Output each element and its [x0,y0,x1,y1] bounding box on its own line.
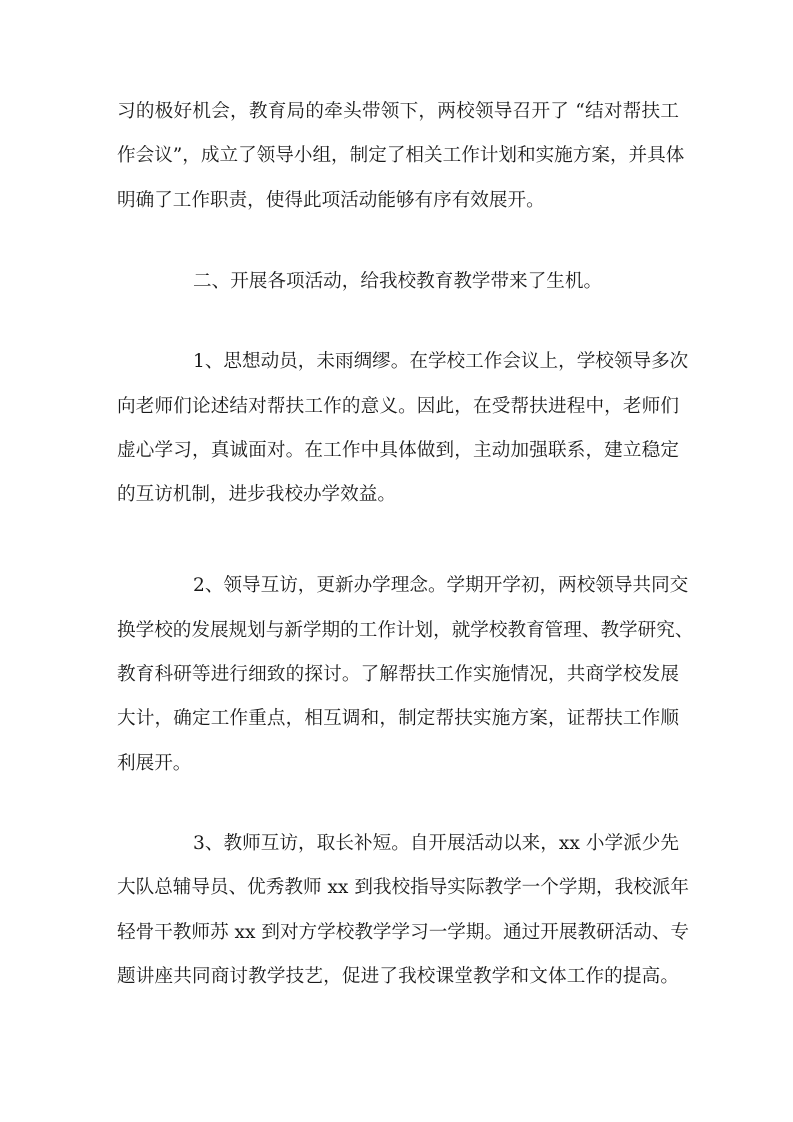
document-page: 习的极好机会，教育局的牵头带领下，两校领导召开了 “结对帮扶工 作会议”，成立了… [0,0,793,1122]
paragraph-line: 换学校的发展规划与新学期的工作计划，就学校教育管理、教学研究、 [117,620,679,642]
paragraph-line: 3、教师互访，取长补短。自开展活动以来，xx 小学派少先 [193,833,679,855]
paragraph-line: 轻骨干教师苏 xx 到对方学校教学学习一学期。通过开展教研活动、专 [117,922,679,944]
paragraph-line: 1、思想动员，未雨绸缪。在学校工作会议上，学校领导多次 [193,351,679,373]
paragraph-line: 题讲座共同商讨教学技艺，促进了我校课堂教学和文体工作的提高。 [117,966,679,988]
section-heading: 二、开展各项活动，给我校教育教学带来了生机。 [193,271,602,293]
paragraph-line: 向老师们论述结对帮扶工作的意义。因此，在受帮扶进程中，老师们 [117,396,679,418]
paragraph-line: 大队总辅导员、优秀教师 xx 到我校指导实际教学一个学期，我校派年 [117,877,679,899]
paragraph-line: 作会议”，成立了领导小组，制定了相关工作计划和实施方案，并具体 [117,145,679,167]
paragraph-line: 教育科研等进行细致的探讨。了解帮扶工作实施情况，共商学校发展 [117,664,679,686]
paragraph-line: 利展开。 [117,753,679,775]
paragraph-line: 虚心学习，真诚面对。在工作中具体做到，主动加强联系，建立稳定 [117,440,679,462]
paragraph-line: 大计，确定工作重点，相互调和，制定帮扶实施方案，证帮扶工作顺 [117,708,679,730]
paragraph-line: 2、领导互访，更新办学理念。学期开学初，两校领导共同交 [193,575,679,597]
paragraph-line: 习的极好机会，教育局的牵头带领下，两校领导召开了 “结对帮扶工 [117,101,679,123]
paragraph-line: 明确了工作职责，使得此项活动能够有序有效展开。 [117,190,679,212]
paragraph-line: 的互访机制，进步我校办学效益。 [117,484,679,506]
